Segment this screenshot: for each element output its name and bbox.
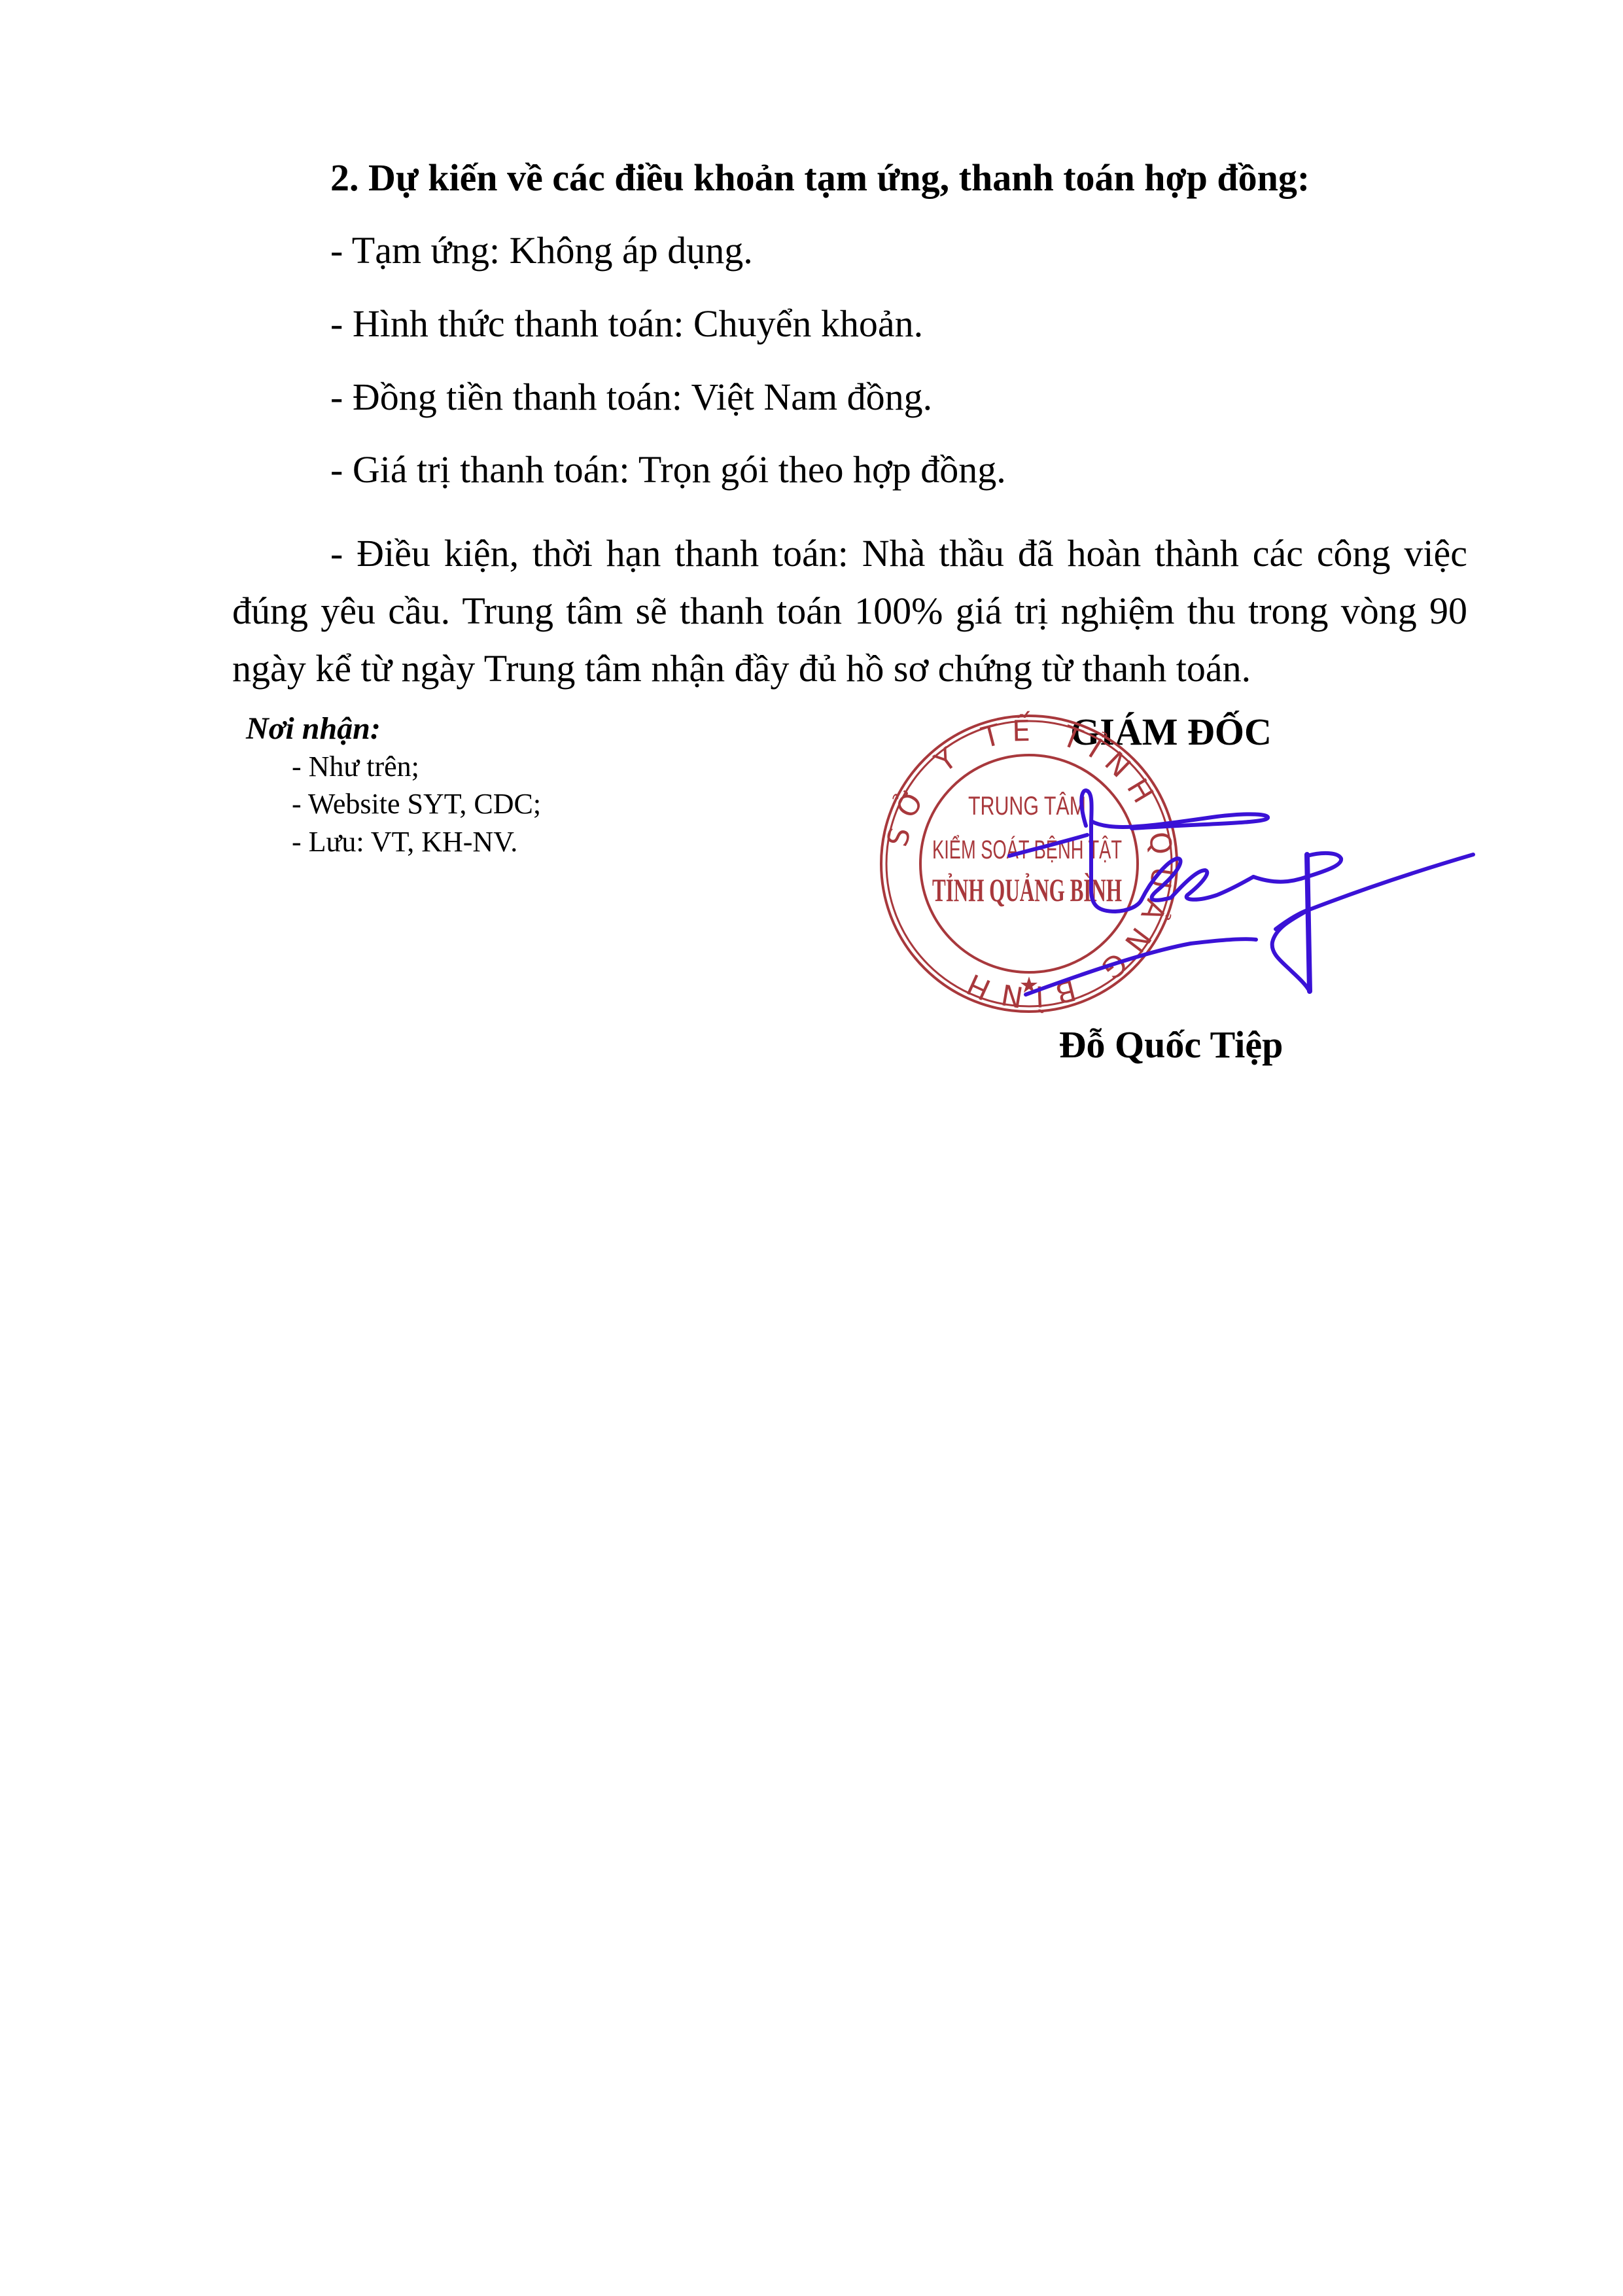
star-icon: ★ bbox=[1019, 974, 1039, 998]
stamp-line-2: KIỂM SOÁT BỆNH TẬT bbox=[932, 834, 1122, 864]
payment-term-method: - Hình thức thanh toán: Chuyển khoản. bbox=[330, 305, 923, 343]
signer-name: Đỗ Quốc Tiệp bbox=[975, 1026, 1367, 1064]
recipient-item: - Lưu: VT, KH-NV. bbox=[292, 828, 517, 857]
section-heading: 2. Dự kiến về các điều khoản tạm ứng, th… bbox=[330, 159, 1310, 197]
recipients-title: Nơi nhận: bbox=[246, 713, 381, 745]
official-stamp: SỞ Y TẾ TỈNH QUẢNG BÌNH ★ TRUNG TÂM KIỂM… bbox=[875, 710, 1183, 1017]
payment-conditions-paragraph: - Điều kiện, thời hạn thanh toán: Nhà th… bbox=[232, 525, 1467, 698]
payment-term-value: - Giá trị thanh toán: Trọn gói theo hợp … bbox=[330, 451, 1006, 489]
recipient-item: - Như trên; bbox=[292, 752, 419, 781]
stamp-line-1: TRUNG TÂM bbox=[968, 791, 1086, 821]
payment-term-currency: - Đồng tiền thanh toán: Việt Nam đồng. bbox=[330, 378, 932, 416]
document-page: 2. Dự kiến về các điều khoản tạm ứng, th… bbox=[0, 0, 1623, 2296]
recipient-item: - Website SYT, CDC; bbox=[292, 790, 541, 819]
payment-term-advance: - Tạm ứng: Không áp dụng. bbox=[330, 232, 753, 270]
stamp-line-3: TỈNH QUẢNG BÌNH bbox=[932, 872, 1122, 908]
